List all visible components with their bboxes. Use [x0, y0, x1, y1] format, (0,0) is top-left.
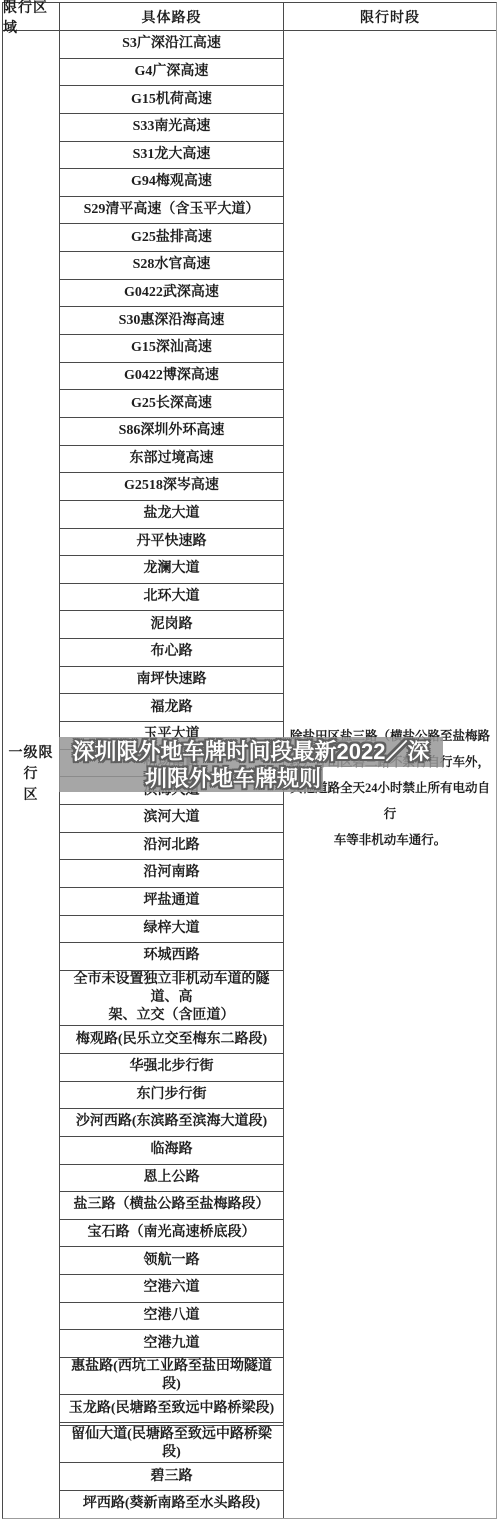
header-restriction-time: 限行时段	[284, 3, 496, 31]
table-row: 临海路	[60, 1137, 283, 1165]
table-row: 领航一路	[60, 1247, 283, 1275]
table-row: 坪西路(葵新南路至水头路段)	[60, 1491, 283, 1518]
table-row: 惠盐路(西坑工业路至盐田坳隧道段)	[60, 1358, 283, 1395]
table-row: 布心路	[60, 639, 283, 667]
table-row: G94梅观高速	[60, 169, 283, 197]
table-row: 华强北步行街	[60, 1054, 283, 1082]
table-row: 环城西路	[60, 943, 283, 971]
table-row: 空港六道	[60, 1275, 283, 1303]
table-row: G25盐排高速	[60, 224, 283, 252]
table-row: G2518深岑高速	[60, 473, 283, 501]
table-row: S86深圳外环高速	[60, 418, 283, 446]
table-row: 盐三路（横盐公路至盐梅路段）	[60, 1192, 283, 1220]
table-row: 空港八道	[60, 1303, 283, 1331]
table-row: 沙河西路(东滨路至滨海大道段)	[60, 1109, 283, 1137]
table-row: 玉龙路(民塘路至致远中路桥梁段)	[60, 1395, 283, 1426]
table-row: 东部过境高速	[60, 446, 283, 474]
table-row: S31龙大高速	[60, 142, 283, 170]
table-row: 全市未设置独立非机动车道的隧道、高 架、立交（含匝道）	[60, 971, 283, 1027]
table-row: 东门步行街	[60, 1082, 283, 1110]
page: 限行区域 一级限行 区 具体路段 S3广深沿江高速G4广深高速G15机荷高速S3…	[0, 0, 500, 1526]
table-row: 福龙路	[60, 694, 283, 722]
table-row: G15深汕高速	[60, 335, 283, 363]
header-restriction-area: 限行区域	[3, 3, 59, 31]
table-row: S30惠深沿海高速	[60, 307, 283, 335]
table-row: 留仙大道(民塘路至致远中路桥梁段)	[60, 1426, 283, 1463]
table-row: G25长深高速	[60, 390, 283, 418]
table-row: S29清平高速（含玉平大道）	[60, 197, 283, 225]
table-row: G0422武深高速	[60, 280, 283, 308]
table-row: 碧三路	[60, 1463, 283, 1491]
table-row: 恩上公路	[60, 1165, 283, 1193]
table-row: G0422博深高速	[60, 363, 283, 391]
restriction-area-cell: 一级限行 区	[3, 31, 59, 1518]
table-row: S28水官高速	[60, 252, 283, 280]
table-row: S33南光高速	[60, 114, 283, 142]
table-row: 南坪快速路	[60, 667, 283, 695]
restriction-area-label: 一级限行 区	[3, 743, 59, 806]
table-row: S3广深沿江高速	[60, 31, 283, 59]
table-row: 绿梓大道	[60, 916, 283, 944]
table-row: 沿河南路	[60, 860, 283, 888]
table-row: G4广深高速	[60, 59, 283, 87]
header-road-sections: 具体路段	[60, 3, 283, 31]
table-row: 丹平快速路	[60, 529, 283, 557]
table-row: 宝石路（南光高速桥底段）	[60, 1220, 283, 1248]
watermark-title-line1: 深圳限外地车牌时间段最新2022／深	[59, 737, 443, 767]
table-row: 盐龙大道	[60, 501, 283, 529]
table-row: 泥岗路	[60, 611, 283, 639]
table-row: 梅观路(民乐立交至梅东二路段)	[60, 1026, 283, 1054]
watermark-title-line2: 圳限外地车牌规则	[59, 767, 323, 792]
table-row: G15机荷高速	[60, 86, 283, 114]
table-row: 龙澜大道	[60, 556, 283, 584]
table-row: 北环大道	[60, 584, 283, 612]
table-row: 坪盐通道	[60, 888, 283, 916]
table-row: 沿河北路	[60, 833, 283, 861]
table-row: 滨河大道	[60, 805, 283, 833]
watermark-title-overlay: 深圳限外地车牌时间段最新2022／深 圳限外地车牌规则	[59, 737, 443, 792]
column-restriction-area: 限行区域 一级限行 区	[3, 3, 60, 1518]
table-row: 空港九道	[60, 1330, 283, 1358]
